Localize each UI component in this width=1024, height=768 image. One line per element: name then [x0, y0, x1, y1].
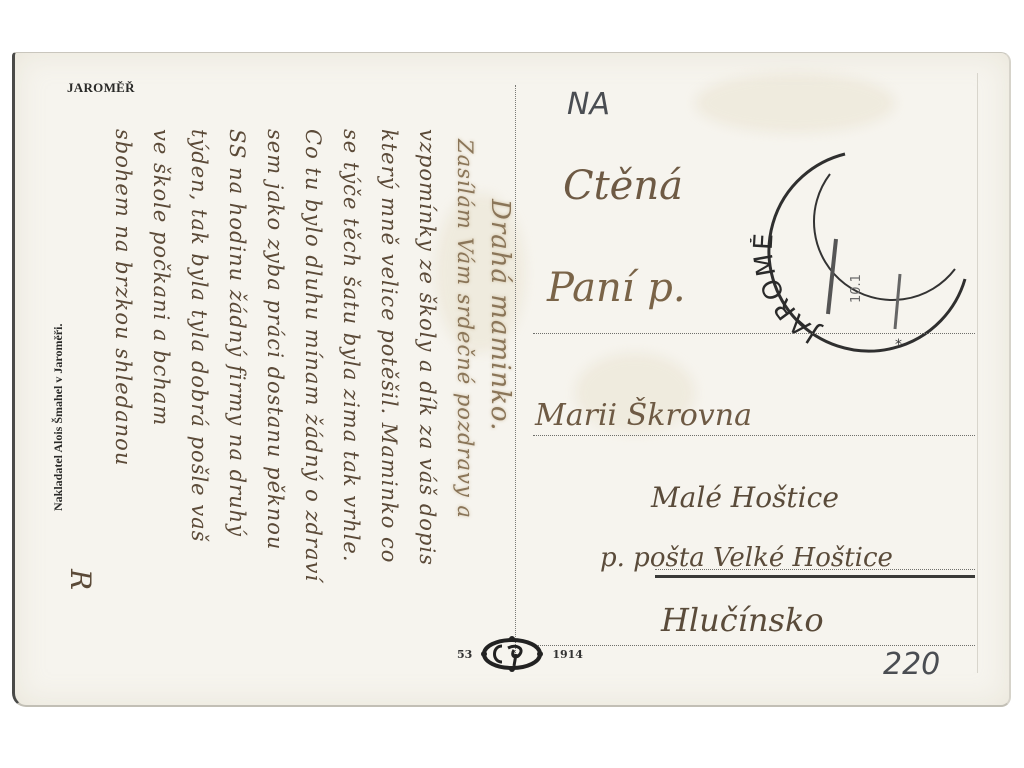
address-line-3 [655, 569, 975, 570]
message-line: který mně velice potěšil. Maminko co [377, 129, 401, 563]
year: 1914 [552, 648, 583, 661]
svg-text:JAROMĚ: JAROMĚ [750, 231, 825, 350]
aging-stain [695, 73, 895, 133]
pencil-note: NA [567, 87, 610, 122]
message-salutation: Drahá maminko. [485, 199, 515, 431]
message-line: vzpomínky ze školy a dík za váš dopis [415, 129, 439, 566]
address-title: Paní p. [547, 265, 686, 311]
series-number: 53 [457, 648, 472, 661]
postmark-town: JAROMĚ [750, 231, 825, 350]
catalog-number: 220 [883, 647, 940, 682]
address-line-4 [533, 645, 975, 646]
message-line: sbohem na brzkou shledanou [111, 129, 135, 466]
message-address-divider [515, 85, 516, 659]
address-line-1 [533, 333, 975, 334]
message-line: Co tu bylo dluhu mínam žádný o zdraví [301, 129, 325, 582]
message-line: Zasílám Vám srdečné pozdravy a [453, 139, 477, 519]
publisher-logo-icon [480, 636, 544, 672]
postcard-back: JAROMĚŘ Nakladatel Alois Šmahel v Jaromě… [12, 52, 1011, 707]
address-name: Marii Škrovna [535, 398, 752, 433]
message-line: SS na hodinu žádný firmy na druhý [225, 129, 249, 537]
postmark-date: 10.1 [849, 274, 864, 303]
message-line: týden, tak byla tyla dobrá pošle vaš [187, 129, 211, 542]
imprint-footer: 53 1914 [457, 641, 583, 667]
message-line: sem jako zyba práci dostanu pěknou [263, 129, 287, 550]
address-village: Malé Hoštice [651, 481, 839, 514]
message-line: ve škole počkani a bcham [149, 129, 173, 426]
address-underline [655, 575, 975, 578]
message-signature: R [64, 569, 97, 591]
address-line-2 [533, 435, 975, 436]
postmark-star-icon: * [895, 337, 902, 353]
address-honorific: Ctěná [563, 163, 683, 209]
message-line: se týče těch šatu byla zima tak vrhle. [339, 129, 363, 563]
address-region: Hlučínsko [661, 601, 824, 639]
handwritten-message: Drahá maminko. Zasílám Vám srdečné pozdr… [45, 89, 511, 649]
postmark-stamp: JAROMĚ 10.1 * [750, 129, 980, 359]
